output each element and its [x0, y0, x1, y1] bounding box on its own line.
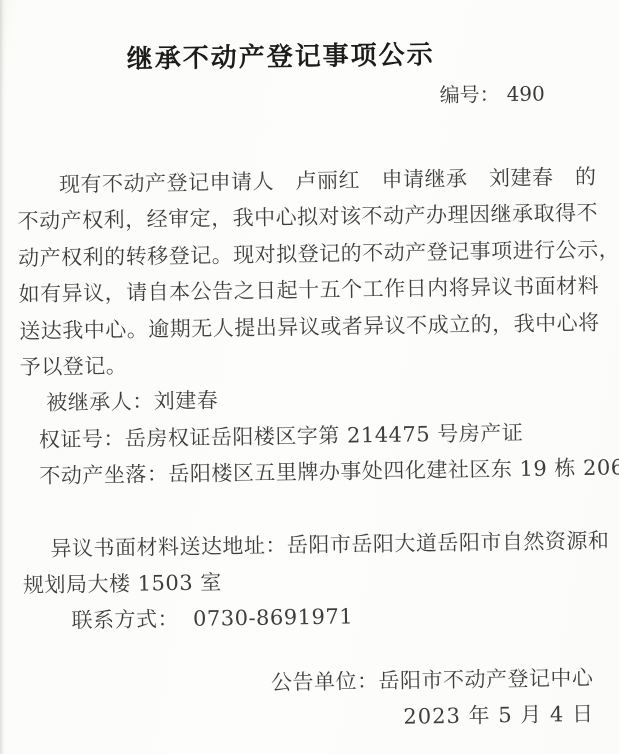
serial-value: 490 [506, 81, 545, 106]
detail-lines: 被继承人：刘建春 权证号：岳房权证岳阳楼区字第 214475 号房产证 不动产坐… [20, 377, 603, 495]
issuer-label: 公告单位： [271, 669, 379, 695]
serial-label: 编号： [439, 82, 499, 107]
property-location-value: 岳阳楼区五里牌办事处四化建社区东 19 栋 206 [168, 456, 619, 487]
issuer-value: 岳阳市不动产登记中心 [378, 666, 593, 693]
notice-body-paragraph: 现有不动产登记申请人 卢丽红 申请继承 刘建春 的 不动产权利，经审定，我中心拟… [17, 159, 601, 386]
objection-address-block: 异议书面材料送达地址：岳阳市岳阳大道岳阳市自然资源和 规划局大楼 1503 室 … [22, 522, 605, 640]
issue-date: 2023 年 5 月 4 日 [25, 696, 606, 741]
contact-label: 联系方式： [71, 607, 179, 633]
notice-title: 继承不动产登记事项公示 [15, 37, 546, 77]
notice-content: 继承不动产登记事项公示 编号：490 现有不动产登记申请人 卢丽红 申请继承 刘… [14, 0, 606, 741]
property-location-line: 不动产坐落：岳阳楼区五里牌办事处四化建社区东 19 栋 206 [21, 450, 602, 495]
serial-number-line: 编号：490 [16, 80, 597, 115]
heir-value: 刘建春 [154, 389, 219, 414]
contact-value: 0730-8691971 [193, 605, 353, 631]
certificate-label: 权证号： [39, 427, 125, 452]
certificate-value: 岳房权证岳阳楼区字第 214475 号房产证 [125, 421, 524, 451]
heir-label: 被继承人： [46, 390, 154, 416]
scanned-notice-page: 继承不动产登记事项公示 编号：490 现有不动产登记申请人 卢丽红 申请继承 刘… [0, 0, 619, 754]
contact-line: 联系方式：0730-8691971 [23, 595, 604, 640]
property-location-label: 不动产坐落： [39, 462, 168, 488]
